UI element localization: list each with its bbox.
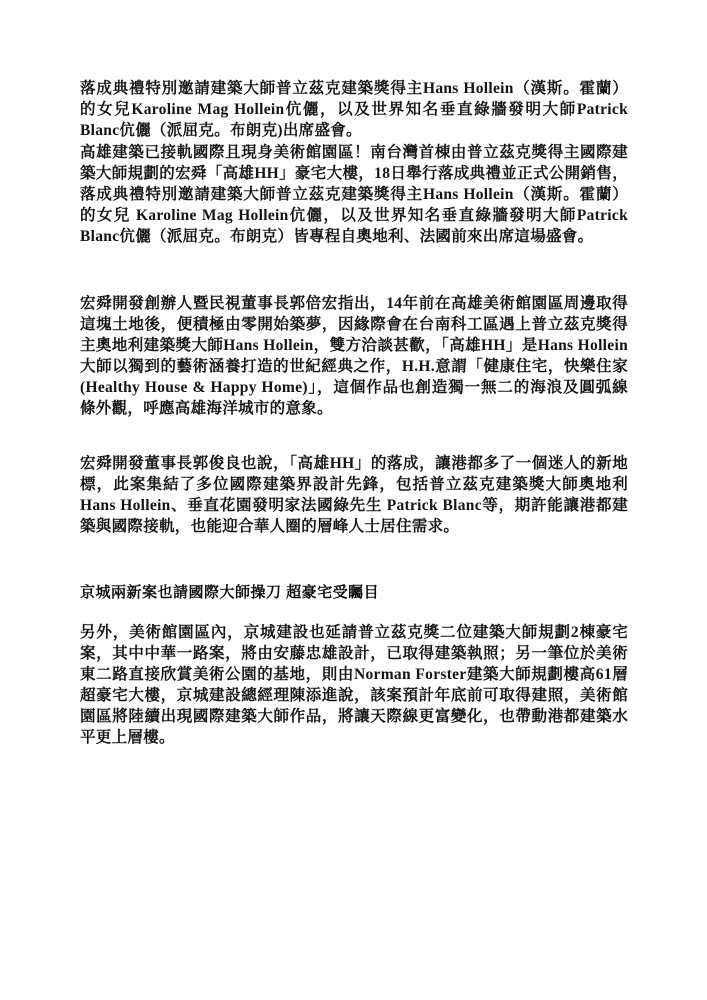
paragraph-chairman-statement: 宏舜開發董事長郭俊良也說，「高雄HH」的落成，讓港都多了一個迷人的新地標，此案集… <box>80 453 628 537</box>
news-article: 落成典禮特別邀請建築大師普立茲克建築獎得主Hans Hollein（漢斯。霍蘭）… <box>80 78 628 748</box>
section-heading-kingtown-projects: 京城兩新案也請國際大師操刀 超豪宅受矚目 <box>80 582 628 603</box>
paragraph-founder-statement: 宏舜開發創辦人暨民視董事長郭倍宏指出，14年前在高雄美術館園區周邊取得這塊土地後… <box>80 293 628 419</box>
paragraph-kaohsiung-hh-launch: 高雄建築已接軌國際且現身美術館園區！南台灣首棟由普立茲克獎得主國際建築大師規劃的… <box>80 142 628 247</box>
document-page: 落成典禮特別邀請建築大師普立茲克建築獎得主Hans Hollein（漢斯。霍蘭）… <box>0 0 707 1000</box>
paragraph-kingtown-details: 另外，美術館園區內，京城建設也延請普立茲克獎二位建築大師規劃2棟豪宅案，其中中華… <box>80 622 628 748</box>
paragraph-ceremony-guests: 落成典禮特別邀請建築大師普立茲克建築獎得主Hans Hollein（漢斯。霍蘭）… <box>80 78 628 141</box>
